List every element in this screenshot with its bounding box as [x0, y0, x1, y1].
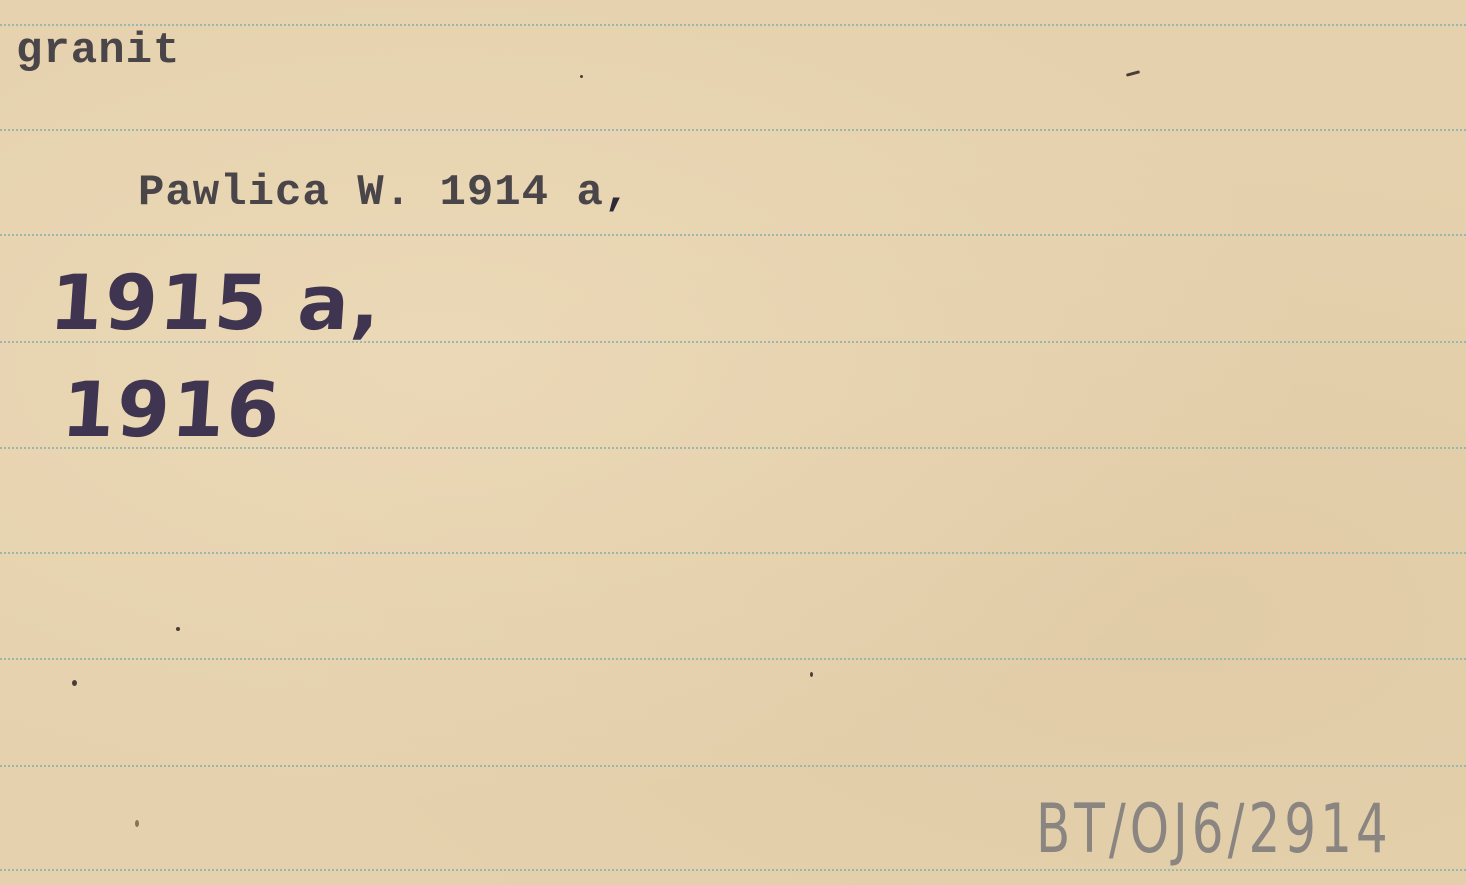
ink-speck	[1126, 70, 1140, 77]
ink-speck	[176, 627, 180, 631]
ruled-line	[0, 552, 1466, 554]
typed-reference: Pawlica W. 1914 a,	[138, 168, 631, 218]
ruled-line	[0, 765, 1466, 767]
ruled-line	[0, 869, 1466, 871]
reference-comma: ,	[604, 168, 631, 218]
handwritten-line-1: 1915 a,	[47, 258, 385, 347]
catalog-card: granit Pawlica W. 1914 a, 1915 a, 1916 B…	[0, 0, 1466, 885]
ruled-line	[0, 129, 1466, 131]
ruled-line	[0, 658, 1466, 660]
pencil-shelfmark: BT/OJ6/2914	[1036, 790, 1392, 868]
subject-heading: granit	[16, 26, 180, 76]
reference-text: Pawlica W. 1914 a	[138, 168, 604, 218]
ink-speck	[810, 672, 813, 677]
ink-speck	[580, 75, 583, 78]
ink-speck	[72, 680, 77, 686]
handwritten-line-2: 1916	[59, 365, 285, 454]
ink-speck	[135, 820, 139, 827]
ruled-line	[0, 24, 1466, 26]
ruled-line	[0, 234, 1466, 236]
